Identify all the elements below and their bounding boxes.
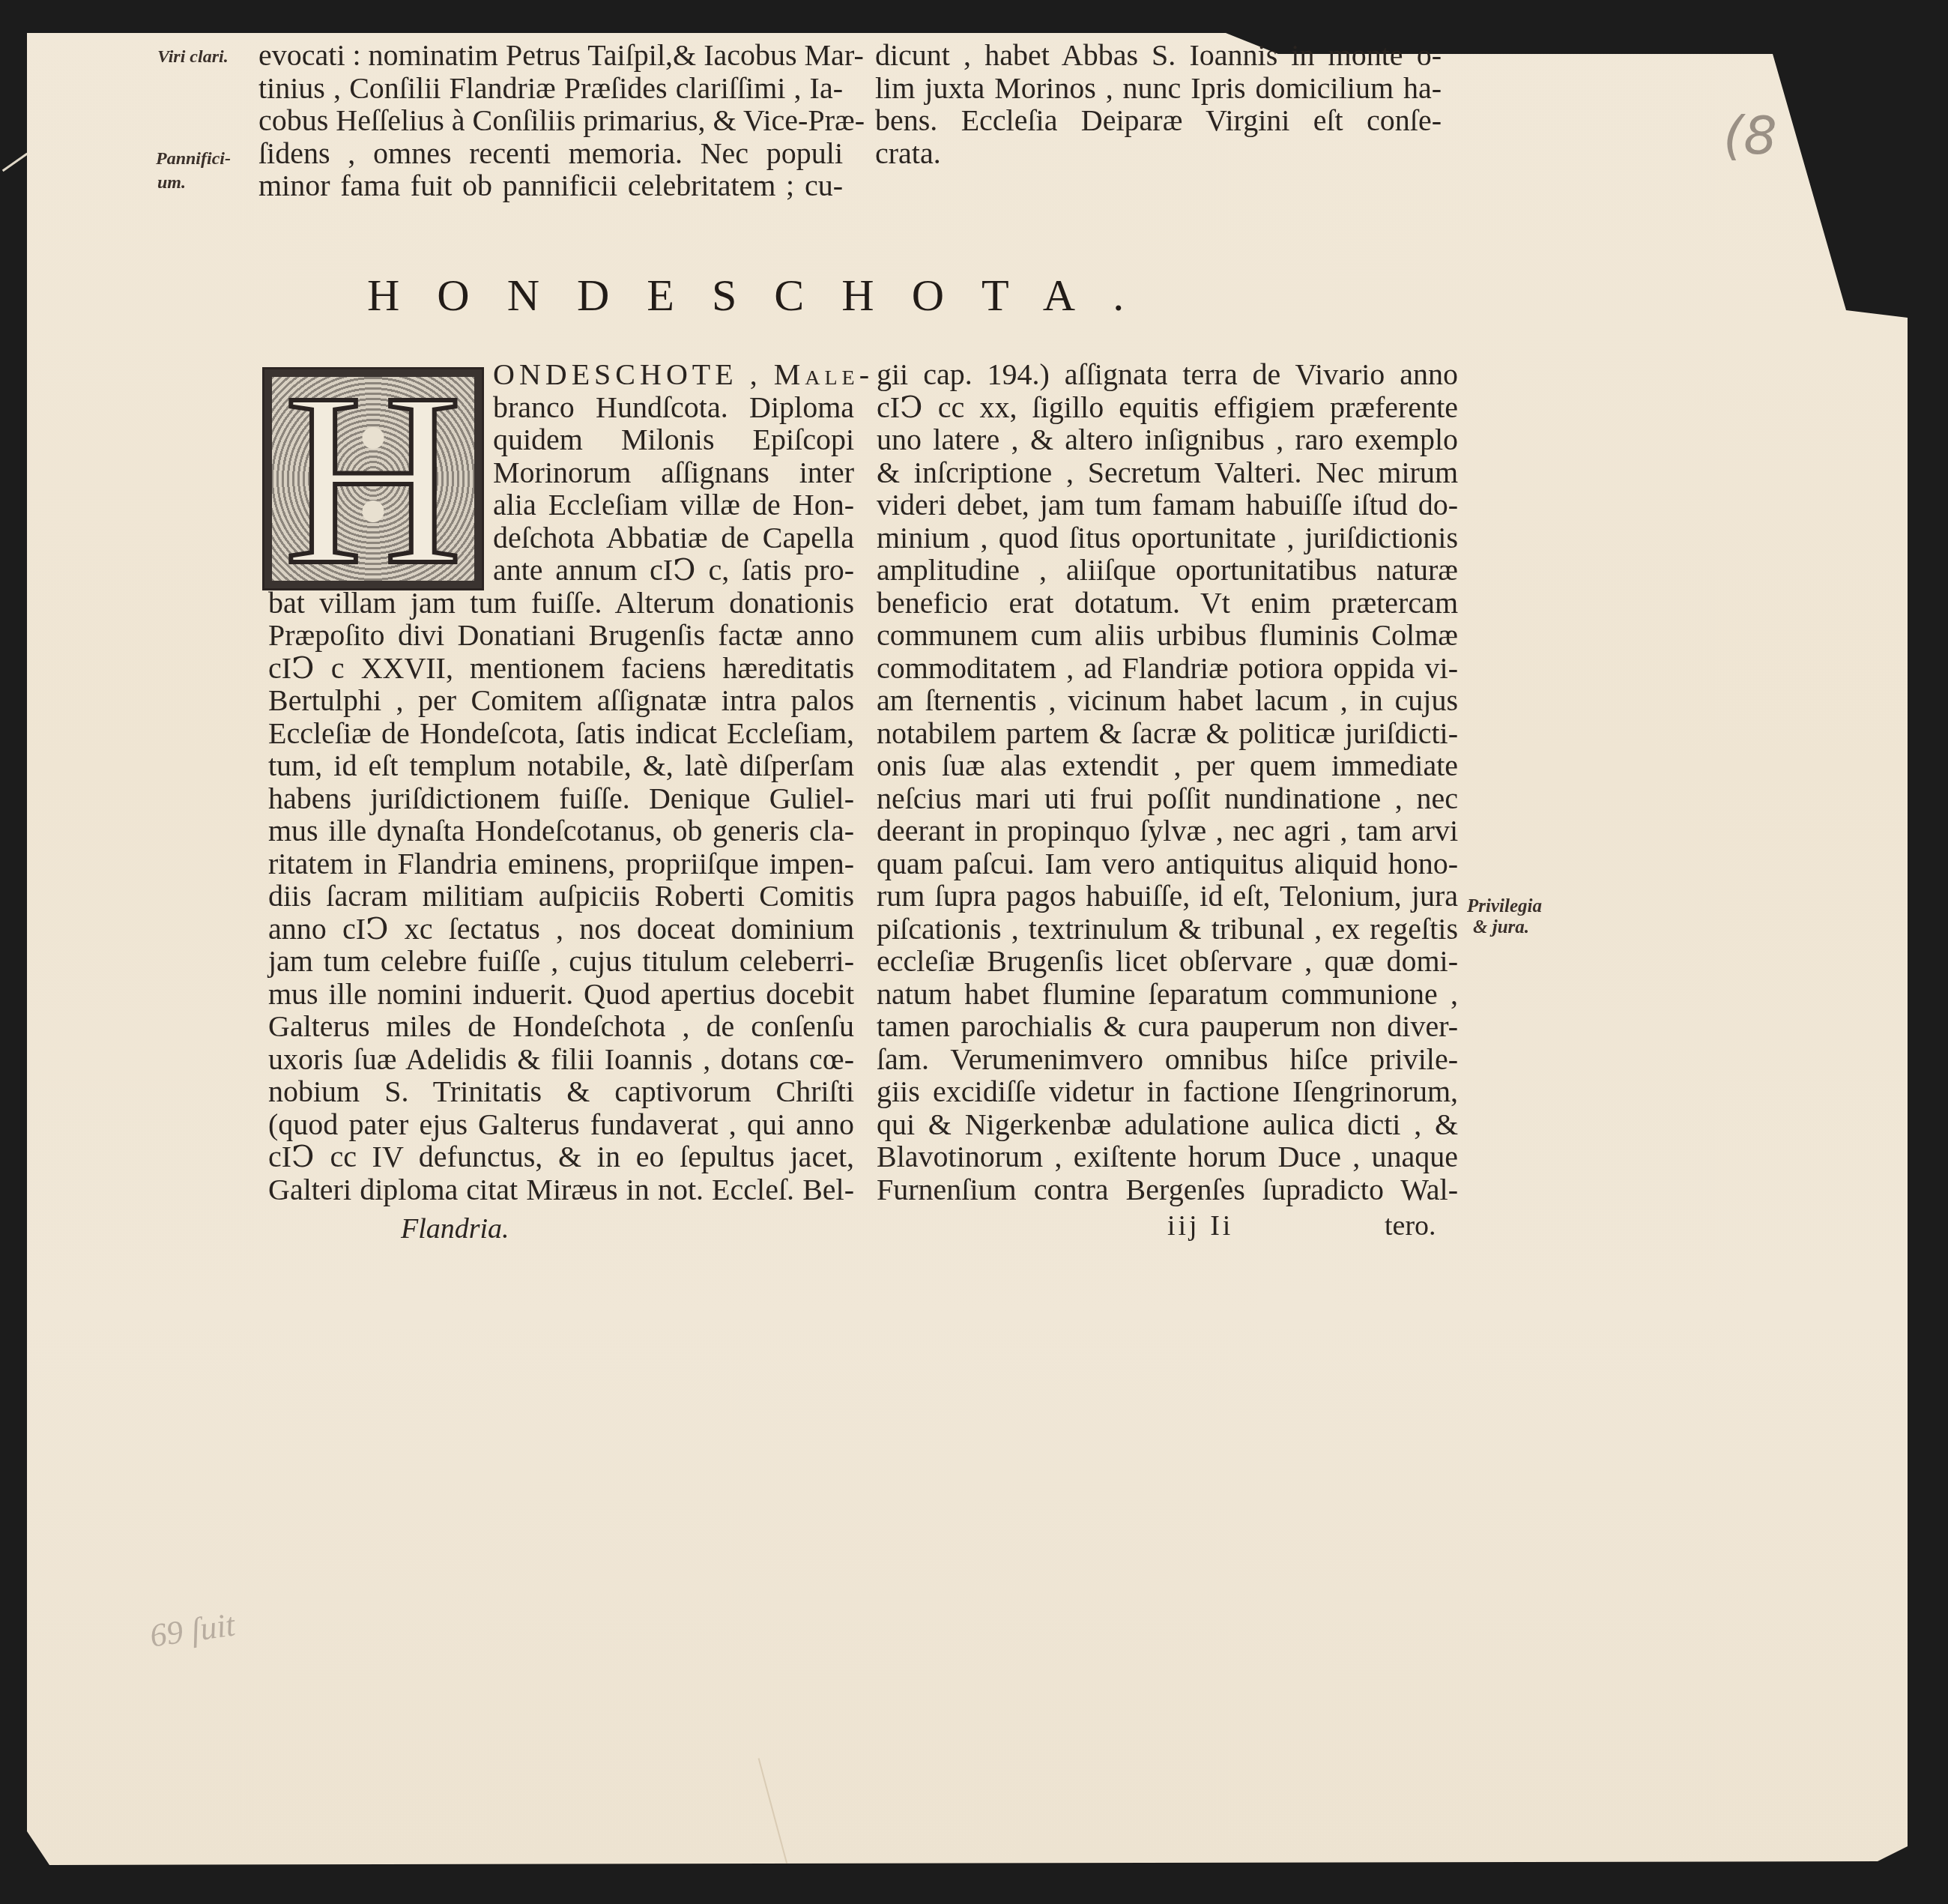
text-line: Bertulphi , per Comitem aſſignatæ intra …	[268, 684, 854, 717]
text-line: cIↃ cc IV defunctus, & in eo ſepultus ja…	[268, 1140, 854, 1173]
text-line: crata.	[875, 137, 1442, 170]
text-line: mus ille nomini induerit. Quod apertius …	[268, 978, 854, 1011]
text-line: commoditatem , ad Flandriæ potiora oppid…	[877, 652, 1458, 685]
text-line: bat villam jam tum fuiſſe. Alterum donat…	[268, 587, 854, 620]
text-line: Morinorum aſſignans inter	[268, 456, 854, 489]
text-line: ONDESCHOTE , Male-	[268, 358, 854, 391]
text-line: anno cIↃ xc ſectatus , nos doceat domini…	[268, 913, 854, 946]
margin-note-viri-clari: Viri clari.	[157, 46, 229, 67]
text-line: ſam. Verumenimvero omnibus hiſce privile…	[877, 1043, 1458, 1076]
text-line: Galterus miles de Hondeſchota , de conſe…	[268, 1010, 854, 1043]
text-line: tinius , Conſilii Flandriæ Præſides clar…	[258, 72, 843, 105]
text-line: deſchota Abbatiæ de Capella	[268, 522, 854, 554]
top-left-column: evocati : nominatim Petrus Taiſpil,& Iac…	[258, 39, 843, 202]
text-line: Blavotinorum , exiſtente horum Duce , un…	[877, 1140, 1458, 1173]
text-line: branco Hundſcota. Diploma	[268, 391, 854, 424]
text-line: giis excidiſſe videtur in factione Iſeng…	[877, 1075, 1458, 1108]
text-line: videri debet, jam tum famam habuiſſe iſt…	[877, 489, 1458, 522]
text-line: qui & Nigerkenbæ adulatione aulica dicti…	[877, 1108, 1458, 1141]
text-line: amplitudine , aliiſque oportunitatibus n…	[877, 554, 1458, 587]
text-line: ritatem in Flandria eminens, propriiſque…	[268, 847, 854, 880]
text-line: deerant in propinquo ſylvæ , nec agri , …	[877, 815, 1458, 847]
text-line: neſcius mari uti frui poſſit nundination…	[877, 782, 1458, 815]
text-line: mus ille dynaſta Hondeſcotanus, ob gener…	[268, 815, 854, 847]
text-line: rum ſupra pagos habuiſſe, id eſt, Teloni…	[877, 880, 1458, 913]
article-title: HONDESCHOTA.	[367, 270, 1161, 321]
margin-note-line: Privilegia	[1467, 896, 1542, 917]
text-line: eccleſiæ Brugenſis licet obſervare , quæ…	[877, 945, 1458, 978]
text-line: tum, id eſt templum notabile, &, latè di…	[268, 749, 854, 782]
pencil-annotation-top: (8	[1723, 105, 1777, 166]
signature-mark: iij Ii	[1167, 1209, 1233, 1242]
top-right-column: dicunt , habet Abbas S. Ioannis in monte…	[875, 39, 1442, 169]
text-line: bens. Eccleſia Deiparæ Virgini eſt conſe…	[875, 104, 1442, 137]
margin-note-line: & jura.	[1467, 917, 1542, 938]
text-line: cIↃ cc xx, ſigillo equitis effigiem præf…	[877, 391, 1458, 424]
text-line: minor fama fuit ob pannificii celebritat…	[258, 169, 843, 202]
text-line: quam paſcui. Iam vero antiquitus aliquid…	[877, 847, 1458, 880]
text-line: habens juriſdictionem fuiſſe. Denique Gu…	[268, 782, 854, 815]
text-line: & inſcriptione , Secretum Valteri. Nec m…	[877, 456, 1458, 489]
text-line: ante annum cIↃ c, ſatis pro-	[268, 554, 854, 587]
margin-note-pannificium: Pannifici-	[156, 148, 231, 169]
catchword-tero: tero.	[1385, 1209, 1436, 1242]
text-line: quidem Milonis Epiſcopi	[268, 423, 854, 456]
margin-note-privilegia: Privilegia & jura.	[1467, 896, 1542, 938]
text-line: am ſternentis , vicinum habet lacum , in…	[877, 684, 1458, 717]
text-line: cIↃ c XXVII, mentionem faciens hæreditat…	[268, 652, 854, 685]
margin-note-um: um.	[157, 172, 186, 193]
text-line: diis ſacram militiam auſpiciis Roberti C…	[268, 880, 854, 913]
catchword-flandria: Flandria.	[401, 1212, 509, 1245]
text-line: uxoris ſuæ Adelidis & filii Ioannis , do…	[268, 1043, 854, 1076]
text-line: piſcationis , textrinulum & tribunal , e…	[877, 913, 1458, 946]
body-right-column: gii cap. 194.) aſſignata terra de Vivari…	[877, 358, 1458, 1206]
text-line: nobium S. Trinitatis & captivorum Chriſt…	[268, 1075, 854, 1108]
text-line: onis ſuæ alas extendit , per quem immedi…	[877, 749, 1458, 782]
text-line: communem cum aliis urbibus fluminis Colm…	[877, 619, 1458, 652]
text-line: uno latere , & altero inſignibus , raro …	[877, 423, 1458, 456]
body-left-column: ONDESCHOTE , Male- branco Hundſcota. Dip…	[268, 358, 854, 1206]
text-line: Eccleſiæ de Hondeſcota, ſatis indicat Ec…	[268, 717, 854, 750]
text-line: minium , quod ſitus oportunitate , juriſ…	[877, 522, 1458, 554]
text-line: jam tum celebre fuiſſe , cujus titulum c…	[268, 945, 854, 978]
text-line: (quod pater ejus Galterus fundaverat , q…	[268, 1108, 854, 1141]
text-line: ſidens , omnes recenti memoria. Nec popu…	[258, 137, 843, 170]
text-line: Furnenſium contra Bergenſes ſupradicto W…	[877, 1173, 1458, 1206]
text-line: dicunt , habet Abbas S. Ioannis in monte…	[875, 39, 1442, 72]
loose-thread	[2, 153, 28, 172]
text-line: gii cap. 194.) aſſignata terra de Vivari…	[877, 358, 1458, 391]
text-line: alia Eccleſiam villæ de Hon-	[268, 489, 854, 522]
text-line: evocati : nominatim Petrus Taiſpil,& Iac…	[258, 39, 843, 72]
text-line: cobus Heſſelius à Conſiliis primarius, &…	[258, 104, 843, 137]
text-line: tamen parochialis & cura pauperum non di…	[877, 1010, 1458, 1043]
text-line: beneficio erat dotatum. Vt enim præterca…	[877, 587, 1458, 620]
text-line: lim juxta Morinos , nunc Ipris domiciliu…	[875, 72, 1442, 105]
text-line: notabilem partem & ſacræ & politicæ juri…	[877, 717, 1458, 750]
text-line: natum habet flumine ſeparatum communione…	[877, 978, 1458, 1011]
text-line: Præpoſito divi Donatiani Brugenſis factæ…	[268, 619, 854, 652]
text-line: Galteri diploma citat Miræus in not. Ecc…	[268, 1173, 854, 1206]
